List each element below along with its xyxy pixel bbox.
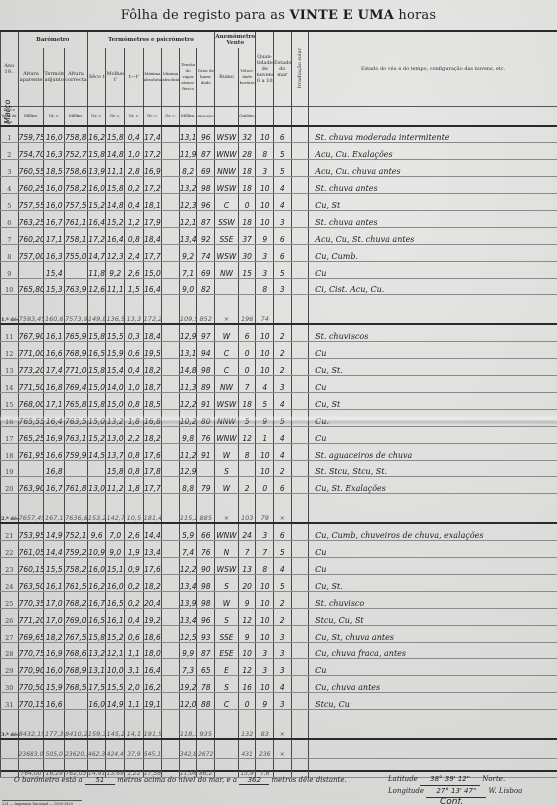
observation-cell: Cu, St — [309, 194, 557, 211]
register-body: 1759,7516,0758,8116,215,80,417,413,196WS… — [1, 126, 557, 778]
term-adj-cell: 16,3 — [44, 143, 65, 160]
nuvens-cell: 4 — [256, 376, 274, 393]
day-cell: 23 — [1, 558, 19, 575]
humid-cell: 935 — [197, 710, 215, 740]
dif-cell: 2,8 — [125, 160, 144, 177]
vel-cell — [238, 460, 256, 477]
min-cell — [162, 676, 180, 693]
day-cell: 26 — [1, 608, 19, 625]
tensao-cell: 11,2 — [179, 443, 197, 460]
seco-cell: 15,8 — [87, 143, 106, 160]
term-adj-cell: 16,7 — [44, 210, 65, 227]
vel-cell: 13,9 — [238, 759, 256, 778]
alt-corr-cell: 758,29 — [65, 177, 88, 194]
tensao-cell: 12,9 — [179, 324, 197, 341]
table-row: 5757,5516,0757,5715,214,80,418,112,396C0… — [1, 194, 557, 211]
molhado-cell: 15,2 — [106, 625, 125, 642]
rumo-cell: WNW — [215, 426, 239, 443]
molhado-cell: 15,9 — [106, 342, 125, 359]
footer: O barómetro está a 51 metros acima do ní… — [0, 776, 557, 806]
min-cell — [162, 558, 180, 575]
month-handwritten: Março — [3, 94, 15, 124]
alt-corr-cell: 758,64 — [65, 160, 88, 177]
rumo-cell — [215, 710, 239, 740]
seco-cell: 16,0 — [87, 558, 106, 575]
humid-cell: 96 — [197, 126, 215, 143]
term-adj-cell: 16,0 — [44, 177, 65, 194]
table-row: 29770,9016,0768,9113,110,03,116,47,365E1… — [1, 659, 557, 676]
table-row: 30770,5015,9768,5517,515,52,016,219,278S… — [1, 676, 557, 693]
molhado-cell: 9,2 — [106, 261, 125, 278]
nuvens-cell: 10 — [256, 194, 274, 211]
mar-cell: 4 — [274, 177, 292, 194]
vel-cell: 196 — [238, 295, 256, 325]
dif-cell: 0,3 — [125, 324, 144, 341]
mar-cell — [274, 759, 292, 778]
seco-cell: 149,8 — [87, 295, 106, 325]
irr-cell — [291, 558, 309, 575]
mar-cell: 3 — [274, 642, 292, 659]
rumo-cell: × — [215, 295, 239, 325]
alt-corr-cell: 763,52 — [65, 409, 88, 426]
day-cell: 14 — [1, 376, 19, 393]
dif-cell: 0,4 — [125, 194, 144, 211]
dif-cell: 2,6 — [125, 261, 144, 278]
dif-cell: 1,8 — [125, 477, 144, 494]
alt-ap-cell: 763,50 — [18, 574, 44, 591]
vel-cell: 8 — [238, 443, 256, 460]
irr-cell — [291, 359, 309, 376]
nuvens-cell: 3 — [256, 523, 274, 540]
molhado-cell: 11,2 — [106, 477, 125, 494]
dif-cell: 14,1 — [125, 710, 144, 740]
min-cell — [162, 574, 180, 591]
humid-cell: 79 — [197, 477, 215, 494]
molhado-cell: 12,1 — [106, 642, 125, 659]
nuvens-cell: 10 — [256, 324, 274, 341]
table-row: 11767,9016,1765,9415,815,50,318,412,997W… — [1, 324, 557, 341]
max-cell: 18,1 — [143, 194, 162, 211]
alt-ap-cell: 770,50 — [18, 676, 44, 693]
tensao-cell: 8,2 — [179, 160, 197, 177]
nuvens-cell: 79 — [256, 494, 274, 524]
rumo-cell: WSW — [215, 558, 239, 575]
seco-cell: 9,6 — [87, 523, 106, 540]
term-adj-cell: 16,8 — [44, 460, 65, 477]
max-cell: 19,1 — [143, 693, 162, 710]
term-adj-cell: 16,1 — [44, 574, 65, 591]
dif-cell: 2,4 — [125, 244, 144, 261]
day-cell — [1, 759, 19, 778]
tensao-cell: 14,8 — [179, 359, 197, 376]
day-cell: 31 — [1, 693, 19, 710]
tensao-cell: 9,0 — [179, 278, 197, 295]
alt-corr-cell: 763,17 — [65, 426, 88, 443]
observation-cell: Ci, Cist. Acu, Cu. — [309, 278, 557, 295]
vel-cell: 7 — [238, 541, 256, 558]
day-cell: 5 — [1, 194, 19, 211]
alt-corr-cell: 765,88 — [65, 392, 88, 409]
day-cell: 16 — [1, 409, 19, 426]
vel-cell: 10 — [238, 642, 256, 659]
observation-cell: St. chuviscos — [309, 324, 557, 341]
min-cell — [162, 244, 180, 261]
day-cell: 29 — [1, 659, 19, 676]
alt-ap-cell — [18, 261, 44, 278]
humid-cell: 87 — [197, 143, 215, 160]
observation-cell: Cu, St. — [309, 359, 557, 376]
max-cell: 18,4 — [143, 227, 162, 244]
molhado-cell: 10,0 — [106, 659, 125, 676]
nuvens-cell: 5 — [256, 392, 274, 409]
mar-cell: 6 — [274, 227, 292, 244]
term-adj-cell: 15,5 — [44, 558, 65, 575]
alt-corr-cell: 758,27 — [65, 558, 88, 575]
irr-cell — [291, 693, 309, 710]
table-row: 7760,2017,1758,1017,216,40,818,413,492SS… — [1, 227, 557, 244]
min-cell — [162, 759, 180, 778]
mar-cell: 2 — [274, 324, 292, 341]
max-cell: 545,1 — [143, 739, 162, 759]
nuvens-cell: 3 — [256, 659, 274, 676]
alt-corr-cell: 769,41 — [65, 376, 88, 393]
tensao-cell: 115,2 — [179, 494, 197, 524]
term-adj-cell: 160,6 — [44, 295, 65, 325]
register-table: Ano19.. Barómetro Termómetros e psicróme… — [0, 32, 557, 778]
max-cell: 19,2 — [143, 608, 162, 625]
min-cell — [162, 392, 180, 409]
alt-ap-cell: 761,05 — [18, 541, 44, 558]
irr-cell — [291, 642, 309, 659]
rumo-cell: ESE — [215, 642, 239, 659]
mar-cell: 4 — [274, 392, 292, 409]
nuvens-cell: 8 — [256, 143, 274, 160]
estado-ceu-header: Estado do céu e do tempo, configuração d… — [309, 32, 557, 106]
velocidade-header: Veloci-dade horária — [238, 48, 256, 106]
seco-cell: 16,2 — [87, 126, 106, 143]
dif-cell: 0,8 — [125, 392, 144, 409]
vel-cell: 9 — [238, 591, 256, 608]
vel-cell: 5 — [238, 409, 256, 426]
alt-corr-cell: 768,24 — [65, 591, 88, 608]
irr-cell — [291, 126, 309, 143]
nuvens-cell: 10 — [256, 177, 274, 194]
rumo-header: Rumo — [215, 48, 239, 106]
min-cell — [162, 194, 180, 211]
min-cell — [162, 523, 180, 540]
rumo-cell: W — [215, 591, 239, 608]
tensao-cell: 342,8 — [179, 739, 197, 759]
humid-cell: 86,2 — [197, 759, 215, 778]
dif-cell: 1,9 — [125, 541, 144, 558]
observation-cell: St. chuva antes — [309, 177, 557, 194]
alt-ap-cell: 770,35 — [18, 591, 44, 608]
tensao-cell: 13,4 — [179, 574, 197, 591]
max-cell: 17,7 — [143, 477, 162, 494]
day-cell: 2 — [1, 143, 19, 160]
alt-ap-cell — [18, 460, 44, 477]
dif-cell: 0,6 — [125, 342, 144, 359]
tensao-cell: 13,9 — [179, 591, 197, 608]
max-cell: 191,5 — [143, 710, 162, 740]
dif-cell: 2,0 — [125, 676, 144, 693]
table-row: 28770,7516,9768,6513,212,11,118,09,987ES… — [1, 642, 557, 659]
tensao-cell: 12,2 — [179, 392, 197, 409]
day-cell: 18 — [1, 443, 19, 460]
nuvens-cell: 10 — [256, 359, 274, 376]
altura-aparente-header: Altura aparente — [18, 48, 44, 106]
mar-cell: 3 — [274, 659, 292, 676]
alt-ap-cell: 753,95 — [18, 523, 44, 540]
humid-cell: 2672 — [197, 739, 215, 759]
vel-cell: 28 — [238, 143, 256, 160]
termometro-adjunto-header: Termómetro adjunto — [44, 48, 65, 106]
alt-ap-cell: 760,15 — [18, 558, 44, 575]
max-cell: 16,2 — [143, 676, 162, 693]
term-adj-cell: 16,6 — [44, 693, 65, 710]
vel-cell: 15 — [238, 261, 256, 278]
tensao-cell: 11,3 — [179, 376, 197, 393]
tensao-cell: 13,1 — [179, 342, 197, 359]
seco-cell: 15,8 — [87, 392, 106, 409]
page-title: Fôlha de registo para as VINTE E UMA hor… — [0, 8, 557, 23]
humid-cell: 91 — [197, 443, 215, 460]
term-adj-cell: 17,1 — [44, 392, 65, 409]
min-cell — [162, 541, 180, 558]
table-row: 24763,5016,1761,5716,216,00,218,213,498S… — [1, 574, 557, 591]
molhado-cell: 14,8 — [106, 143, 125, 160]
vel-cell: 24 — [238, 523, 256, 540]
seco-cell: 17,5 — [87, 676, 106, 693]
seco-cell — [87, 460, 106, 477]
term-adj-cell: 15,9 — [44, 676, 65, 693]
dif-cell: 1,0 — [125, 143, 144, 160]
min-cell — [162, 126, 180, 143]
day-cell: 30 — [1, 676, 19, 693]
alt-corr-cell: 767,52 — [65, 625, 88, 642]
vel-cell: 30 — [238, 244, 256, 261]
seco-cell: 16,5 — [87, 342, 106, 359]
irr-cell — [291, 759, 309, 778]
table-row: 6763,2516,7761,1916,415,21,217,912,187SS… — [1, 210, 557, 227]
molhado-cell: 13,69 — [106, 759, 125, 778]
term-adj-cell: 18,2 — [44, 625, 65, 642]
dif-cell: 0,4 — [125, 359, 144, 376]
mar-cell: 5 — [274, 261, 292, 278]
alt-corr-cell: 768,94 — [65, 342, 88, 359]
seco-cell: 15,8 — [87, 625, 106, 642]
irr-cell — [291, 177, 309, 194]
alt-ap-cell: 757,00 — [18, 244, 44, 261]
diferenca-header: t—t' — [125, 48, 144, 106]
dif-cell: 1,5 — [125, 278, 144, 295]
max-cell: 17,9 — [143, 210, 162, 227]
alt-corr-cell: 769,09 — [65, 608, 88, 625]
molhado-cell: 15,8 — [106, 460, 125, 477]
term-adj-cell: 17,0 — [44, 591, 65, 608]
irradiacao-header: Irradiação solar — [291, 32, 309, 106]
irr-cell — [291, 523, 309, 540]
register-page: Fôlha de registo para as VINTE E UMA hor… — [0, 0, 557, 806]
min-cell — [162, 177, 180, 194]
nuvens-cell: 8 — [256, 558, 274, 575]
term-adj-cell: 16,1 — [44, 324, 65, 341]
mar-cell: 5 — [274, 409, 292, 426]
max-cell: 17,7 — [143, 244, 162, 261]
molhado-cell: 15,2 — [106, 210, 125, 227]
mar-cell: 2 — [274, 359, 292, 376]
table-row: 27769,6518,2767,5215,815,20,618,612,593S… — [1, 625, 557, 642]
seco-cell: 10,9 — [87, 541, 106, 558]
molhado-cell: 15,5 — [106, 324, 125, 341]
tensao-cell: 13,1 — [179, 126, 197, 143]
dif-cell: 0,2 — [125, 177, 144, 194]
alt-ap-cell: 763,25 — [18, 210, 44, 227]
unit-label — [215, 106, 239, 126]
irr-cell — [291, 739, 309, 759]
max-cell: 17,2 — [143, 177, 162, 194]
max-cell: 17,2 — [143, 143, 162, 160]
nuvens-cell: 10 — [256, 574, 274, 591]
observation-cell: Cu, Cumb, chuveiros de chuva, exalações — [309, 523, 557, 540]
unit-label: Gr. c. — [125, 106, 144, 126]
tensao-cell: 19,2 — [179, 676, 197, 693]
alt-ap-cell: 765,80 — [18, 278, 44, 295]
mar-cell: 4 — [274, 676, 292, 693]
term-adj-cell: 16,6 — [44, 342, 65, 359]
max-cell: 13,4 — [143, 541, 162, 558]
rumo-cell: NNW — [215, 409, 239, 426]
alt-ap-cell: 7657,45 — [18, 494, 44, 524]
table-row: 16765,5516,4763,5215,013,21,816,810,280N… — [1, 409, 557, 426]
mar-cell: 6 — [274, 477, 292, 494]
mar-cell: 3 — [274, 693, 292, 710]
observation-cell — [309, 295, 557, 325]
humid-cell: 82 — [197, 278, 215, 295]
barometro-header: Barómetro — [18, 32, 87, 48]
tensao-cell: 11,06 — [179, 759, 197, 778]
anemometro-header: AnemómetroVento — [215, 32, 256, 48]
humidade-header: Grau de humi-dade — [197, 48, 215, 106]
molhado-cell: 15,1 — [106, 558, 125, 575]
observation-cell — [309, 710, 557, 740]
seco-cell: 14,7 — [87, 244, 106, 261]
observation-cell: Cu, St. Exalações — [309, 477, 557, 494]
tensao-cell: 13,2 — [179, 177, 197, 194]
irr-cell — [291, 426, 309, 443]
signature: Conf. — [440, 797, 463, 806]
term-adj-cell: 17,4 — [44, 359, 65, 376]
table-row: 17765,2516,9763,1715,213,02,218,29,876WN… — [1, 426, 557, 443]
altitude-value: 51 — [85, 776, 115, 785]
nuvens-cell: 10 — [256, 625, 274, 642]
term-adj-cell: 16,0 — [44, 126, 65, 143]
molhado-cell: 16,5 — [106, 591, 125, 608]
day-cell: 17 — [1, 426, 19, 443]
nuvens-cell: 10 — [256, 676, 274, 693]
rumo-cell: SSE — [215, 625, 239, 642]
molhado-cell: 14,9 — [106, 693, 125, 710]
humid-cell — [197, 460, 215, 477]
dif-cell: 0,2 — [125, 591, 144, 608]
vel-cell: 37 — [238, 227, 256, 244]
molhado-cell: 424,4 — [106, 739, 125, 759]
observation-cell: Cu. — [309, 409, 557, 426]
seco-cell: 15,0 — [87, 376, 106, 393]
humid-cell: 96 — [197, 194, 215, 211]
alt-corr-cell — [65, 261, 88, 278]
observation-cell: Cu, St, chuva antes — [309, 625, 557, 642]
humid-cell: 97 — [197, 324, 215, 341]
nuvens-cell: 10 — [256, 126, 274, 143]
humid-cell: 98 — [197, 177, 215, 194]
dif-cell: 0,4 — [125, 608, 144, 625]
humid-cell: 90 — [197, 558, 215, 575]
register-sheet: Ano19.. Barómetro Termómetros e psicróme… — [0, 30, 557, 772]
alt-ap-cell: 771,00 — [18, 342, 44, 359]
irr-cell — [291, 143, 309, 160]
humid-cell: 87 — [197, 642, 215, 659]
alt-corr-cell: 759,23 — [65, 541, 88, 558]
term-adj-cell: 16,8 — [44, 376, 65, 393]
alt-corr-cell: 23620,50 — [65, 739, 88, 759]
mar-cell: 3 — [274, 376, 292, 393]
total-row: 23683,05505,023620,50462,3424,437,9545,1… — [1, 739, 557, 759]
humid-cell: 65 — [197, 659, 215, 676]
tensao-cell: 12,0 — [179, 693, 197, 710]
mar-header: Estado do mar — [274, 32, 292, 106]
humid-cell: 88 — [197, 693, 215, 710]
rumo-cell: N — [215, 541, 239, 558]
min-cell — [162, 295, 180, 325]
dif-cell: 0,8 — [125, 443, 144, 460]
table-row: 1759,7516,0758,8116,215,80,417,413,196WS… — [1, 126, 557, 143]
min-cell — [162, 443, 180, 460]
tensao-cell: 9,8 — [179, 426, 197, 443]
dif-cell: 1,0 — [125, 376, 144, 393]
observation-cell: Stcu, Cu, St — [309, 608, 557, 625]
irr-cell — [291, 591, 309, 608]
day-cell: 9 — [1, 261, 19, 278]
term-adj-cell: 16,9 — [44, 642, 65, 659]
mar-cell: 3 — [274, 210, 292, 227]
max-cell: 16,8 — [143, 409, 162, 426]
irr-cell — [291, 494, 309, 524]
min-cell — [162, 227, 180, 244]
seco-cell: 16,0 — [87, 693, 106, 710]
dif-cell: 0,6 — [125, 625, 144, 642]
dif-cell: 1,1 — [125, 693, 144, 710]
unit-label — [309, 106, 557, 126]
humid-cell: 78 — [197, 676, 215, 693]
vel-cell: 12 — [238, 608, 256, 625]
term-adj-cell: 16,0 — [44, 194, 65, 211]
table-row: 23760,1515,5758,2716,015,10,917,612,290W… — [1, 558, 557, 575]
day-cell: 1 — [1, 126, 19, 143]
unit-label — [291, 106, 309, 126]
irr-cell — [291, 460, 309, 477]
table-row: 12771,0016,6768,9416,515,90,619,513,194C… — [1, 342, 557, 359]
day-cell: 10 — [1, 278, 19, 295]
observation-cell: Cu, St — [309, 392, 557, 409]
vel-cell: 0 — [238, 194, 256, 211]
observation-cell: Cu, chuva antes — [309, 676, 557, 693]
humid-cell: 69 — [197, 160, 215, 177]
irr-cell — [291, 676, 309, 693]
humid-cell: 76 — [197, 541, 215, 558]
tensao-cell: 7,4 — [179, 541, 197, 558]
max-cell: 16,9 — [143, 160, 162, 177]
